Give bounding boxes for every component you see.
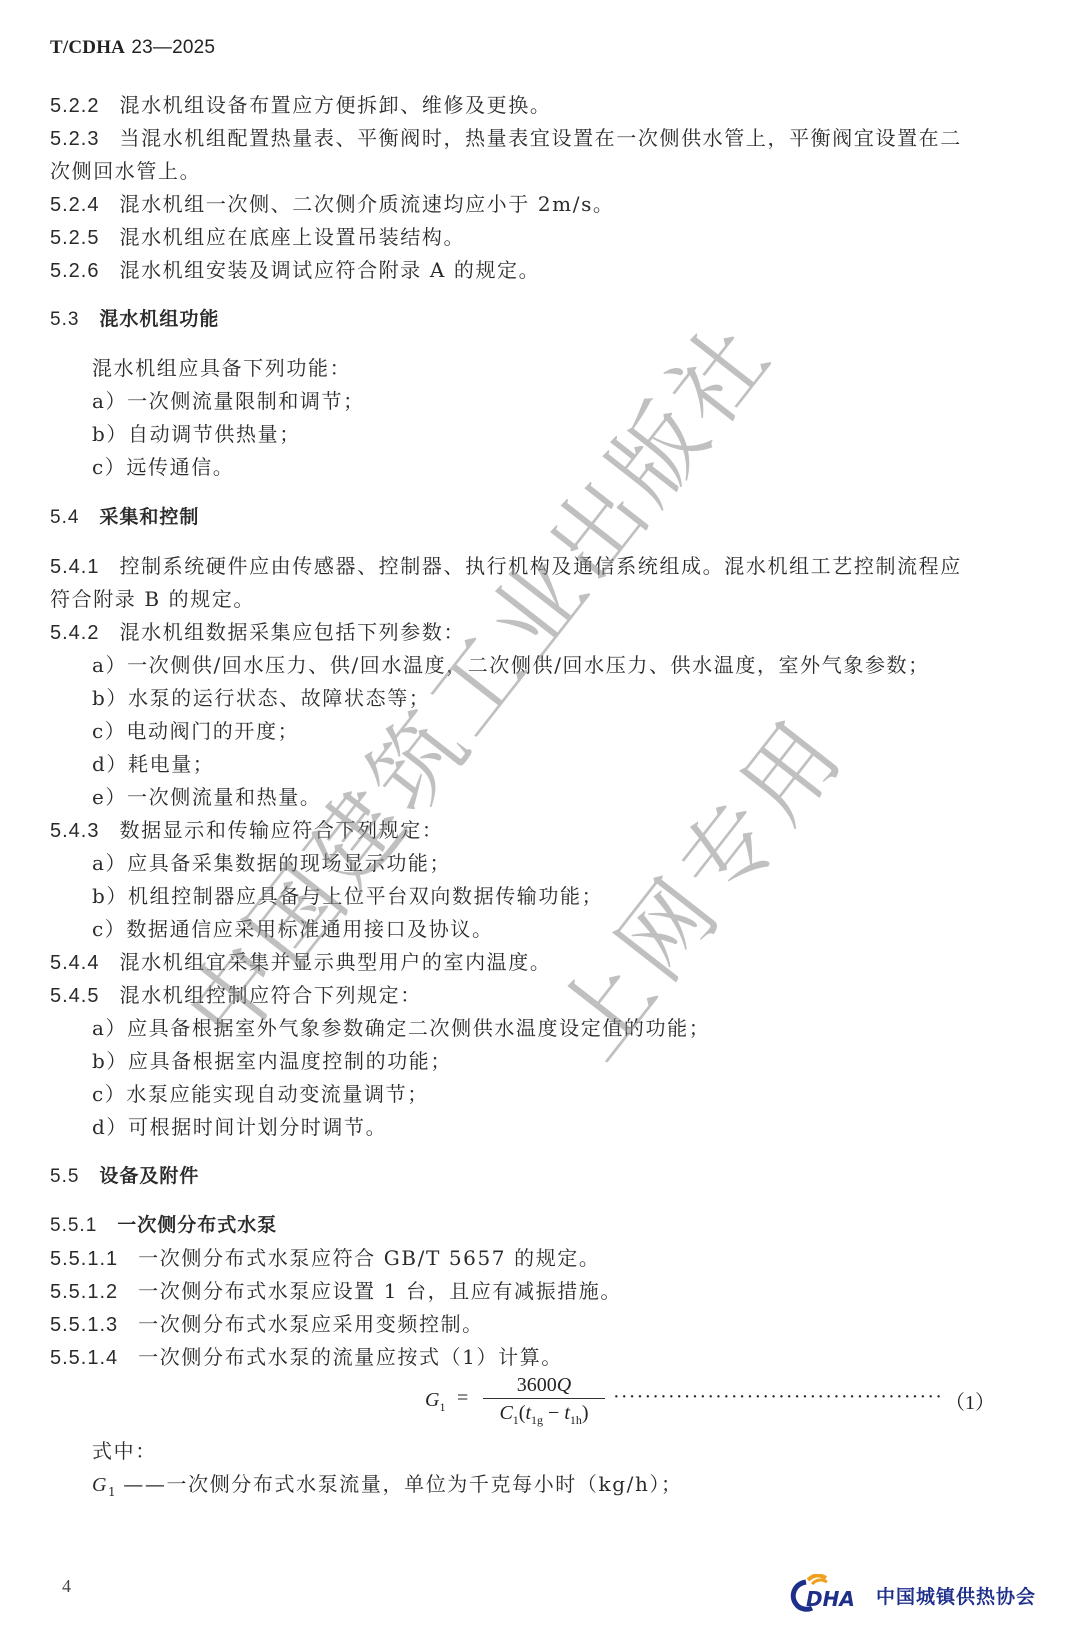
section-heading-5-3: 5.3混水机组功能: [50, 304, 219, 335]
section-heading-5-5: 5.5设备及附件: [50, 1161, 199, 1192]
list-item: c）电动阀门的开度；: [92, 716, 299, 746]
page-number: 4: [62, 1576, 71, 1597]
clause-5-5-1-4: 5.5.1.4一次侧分布式水泵的流量应按式（1）计算。: [50, 1342, 563, 1373]
clause-5-2-3: 5.2.3当混水机组配置热量表、平衡阀时，热量表宜设置在一次侧供水管上，平衡阀宜…: [50, 123, 962, 154]
equation-number: （1）: [945, 1386, 995, 1415]
list-item: d）耗电量；: [92, 749, 214, 779]
numerator: 3600Q: [481, 1372, 607, 1398]
list-item: d）可根据时间计划分时调节。: [92, 1112, 387, 1142]
variable-definition: G1——一次侧分布式水泵流量，单位为千克每小时（kg/h）；: [92, 1469, 683, 1507]
list-item: b）机组控制器应具备与上位平台双向数据传输功能；: [92, 881, 603, 911]
section-heading-5-5-1: 5.5.1一次侧分布式水泵: [50, 1210, 277, 1241]
formula-lhs: G1: [425, 1389, 445, 1415]
standard-code: T/CDHA 23—2025: [50, 36, 215, 59]
where-label: 式中：: [92, 1436, 157, 1466]
list-item: c）水泵应能实现自动变流量调节；: [92, 1079, 429, 1109]
list-item: a）一次侧供/回水压力、供/回水温度，二次侧供/回水压力、供水温度，室外气象参数…: [92, 650, 930, 680]
standard-number: 23—2025: [131, 37, 215, 58]
clause-5-4-1: 5.4.1控制系统硬件应由传感器、控制器、执行机构及通信系统组成。混水机组工艺控…: [50, 551, 962, 582]
formula-1: G1 = 3600Q C1(t1g − t1h) ···············…: [425, 1372, 985, 1432]
clause-5-2-4: 5.2.4混水机组一次侧、二次侧介质流速均应小于 2m/s。: [50, 189, 615, 220]
list-item: a）应具备根据室外气象参数确定二次侧供水温度设定值的功能；: [92, 1013, 710, 1043]
cdha-logo: DHA 中国城镇供热协会: [786, 1574, 1076, 1614]
list-item: b）水泵的运行状态、故障状态等；: [92, 683, 430, 713]
equals-sign: =: [457, 1387, 468, 1410]
list-item: c）数据通信应采用标准通用接口及协议。: [92, 914, 494, 944]
document-page: T/CDHA 23—2025 5.2.2混水机组设备布置应方便拆卸、维修及更换。…: [0, 0, 1080, 1639]
svg-text:DHA: DHA: [806, 1587, 855, 1611]
list-item: e）一次侧流量和热量。: [92, 782, 321, 812]
clause-5-5-1-2: 5.5.1.2一次侧分布式水泵应设置 1 台，且应有减振措施。: [50, 1276, 622, 1307]
list-item: b）应具备根据室内温度控制的功能；: [92, 1046, 452, 1076]
denominator: C1(t1g − t1h): [481, 1399, 607, 1427]
clause-5-2-2: 5.2.2混水机组设备布置应方便拆卸、维修及更换。: [50, 90, 551, 121]
clause-5-5-1-1: 5.5.1.1一次侧分布式水泵应符合 GB/T 5657 的规定。: [50, 1243, 601, 1274]
list-item: a）应具备采集数据的现场显示功能；: [92, 848, 451, 878]
clause-5-2-5: 5.2.5混水机组应在底座上设置吊装结构。: [50, 222, 465, 253]
list-item: a）一次侧流量限制和调节；: [92, 386, 365, 416]
cdha-logo-icon: DHA: [786, 1574, 876, 1614]
list-item: b）自动调节供热量；: [92, 419, 301, 449]
clause-5-2-3-continued: 次侧回水管上。: [50, 156, 201, 186]
section-5-3-intro: 混水机组应具备下列功能：: [92, 353, 351, 383]
section-heading-5-4: 5.4采集和控制: [50, 502, 199, 533]
clause-5-4-1-continued: 符合附录 B 的规定。: [50, 584, 255, 614]
clause-5-5-1-3: 5.5.1.3一次侧分布式水泵应采用变频控制。: [50, 1309, 484, 1340]
clause-5-4-2: 5.4.2混水机组数据采集应包括下列参数：: [50, 617, 465, 648]
clause-5-4-5: 5.4.5混水机组控制应符合下列规定：: [50, 980, 422, 1011]
logo-org-name: 中国城镇供热协会: [876, 1582, 1036, 1609]
clause-5-2-6: 5.2.6混水机组安装及调试应符合附录 A 的规定。: [50, 255, 540, 286]
leader-dots: ········································…: [613, 1386, 943, 1409]
list-item: c）远传通信。: [92, 452, 234, 482]
formula-fraction: 3600Q C1(t1g − t1h): [481, 1372, 607, 1427]
clause-5-4-3: 5.4.3数据显示和传输应符合下列规定：: [50, 815, 443, 846]
standard-org: T/CDHA: [50, 37, 125, 58]
clause-5-4-4: 5.4.4混水机组宜采集并显示典型用户的室内温度。: [50, 947, 551, 978]
